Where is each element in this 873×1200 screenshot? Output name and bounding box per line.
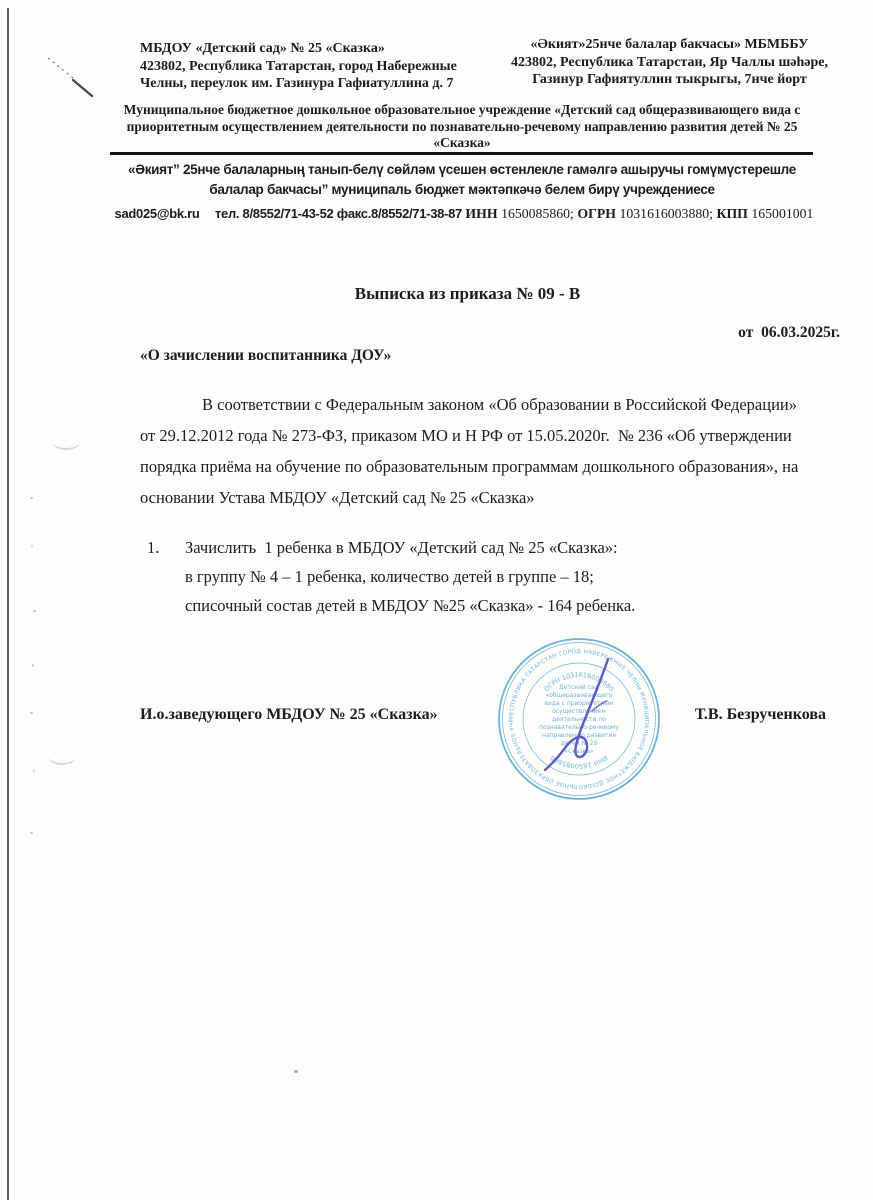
scan-speck: [32, 664, 34, 667]
body-paragraph: В соответствии с Федеральным законом «Об…: [140, 389, 852, 513]
scan-speck: [33, 770, 35, 772]
inn-label: ИНН: [465, 206, 497, 221]
org-address-ru-1: 423802, Республика Татарстан, город Набе…: [140, 58, 488, 76]
contact-info-line: sad025@bk.ru тел. 8/8552/71-43-52 факс.8…: [108, 206, 820, 222]
order-item-text-3: списочный состав детей в МБДОУ №25 «Сказ…: [147, 591, 847, 620]
kpp-value: 165001001: [751, 206, 813, 221]
scan-speck: [30, 712, 33, 714]
scan-speck: [30, 497, 33, 499]
ogrn-label: ОГРН: [577, 206, 616, 221]
kpp-label: КПП: [716, 206, 747, 221]
body-line: основании Устава МБДОУ «Детский сад № 25…: [140, 482, 852, 513]
org-address-tt-2: Газинур Гафиятуллин тыкрыгы, 7нче йорт: [497, 71, 842, 89]
hole-punch-mark: [52, 433, 80, 450]
scratch-mark: [40, 50, 100, 102]
hole-punch-mark: [48, 748, 76, 765]
scan-speck: [294, 1070, 298, 1073]
org-name-tt-short: «Әкият»25нче балалар бакчасы» МБМББУ: [497, 36, 842, 54]
org-name-ru-short: МБДОУ «Детский сад» № 25 «Сказка»: [140, 40, 488, 58]
org-email: sad025@bk.ru: [115, 206, 200, 221]
org-address-ru-2: Челны, переулок им. Газинура Гафиатуллин…: [140, 75, 488, 93]
document-subject: «О зачислении воспитанника ДОУ»: [140, 347, 391, 365]
scan-speck: [31, 545, 33, 547]
letterhead-russian-address: МБДОУ «Детский сад» № 25 «Сказка» 423802…: [140, 40, 488, 93]
scanned-document-page: МБДОУ «Детский сад» № 25 «Сказка» 423802…: [0, 0, 873, 1200]
order-item-text-1: Зачислить 1 ребенка в МБДОУ «Детский сад…: [185, 538, 618, 557]
signer-position: И.о.заведующего МБДОУ № 25 «Сказка»: [140, 706, 438, 724]
order-item-1: 1.Зачислить 1 ребенка в МБДОУ «Детский с…: [147, 533, 847, 620]
scan-speck: [30, 832, 33, 834]
org-address-tt-1: 423802, Республика Татарстан, Яр Чаллы ш…: [497, 54, 842, 72]
letterhead-tatar-address: «Әкият»25нче балалар бакчасы» МБМББУ 423…: [497, 36, 842, 89]
scan-edge-line: [7, 8, 9, 1200]
signature-row: И.о.заведующего МБДОУ № 25 «Сказка» Т.В.…: [140, 706, 826, 724]
org-phones: тел. 8/8552/71-43-52 факс.8/8552/71-38-8…: [215, 206, 462, 221]
header-divider-line: [110, 152, 813, 155]
inn-value: 1650085860;: [501, 206, 574, 221]
org-full-name-tatar: «Әкият” 25нче балаларның танып-белү сөйл…: [128, 160, 796, 199]
order-item-line: 1.Зачислить 1 ребенка в МБДОУ «Детский с…: [147, 533, 847, 562]
handwritten-signature: [534, 649, 630, 781]
ogrn-value: 1031616003880;: [619, 206, 713, 221]
body-line: порядка приёма на обучение по образовате…: [140, 451, 852, 482]
document-date: от 06.03.2025г.: [540, 324, 840, 342]
document-title: Выписка из приказа № 09 - В: [140, 284, 795, 304]
list-number: 1.: [147, 533, 171, 562]
scan-speck: [33, 610, 36, 612]
signer-name: Т.В. Безрученкова: [695, 706, 826, 724]
org-full-name-russian: Муниципальное бюджетное дошкольное образ…: [108, 102, 816, 152]
body-line: В соответствии с Федеральным законом «Об…: [140, 389, 852, 420]
order-item-text-2: в группу № 4 – 1 ребенка, количество дет…: [147, 562, 847, 591]
body-line: от 29.12.2012 года № 273-ФЗ, приказом МО…: [140, 420, 852, 451]
